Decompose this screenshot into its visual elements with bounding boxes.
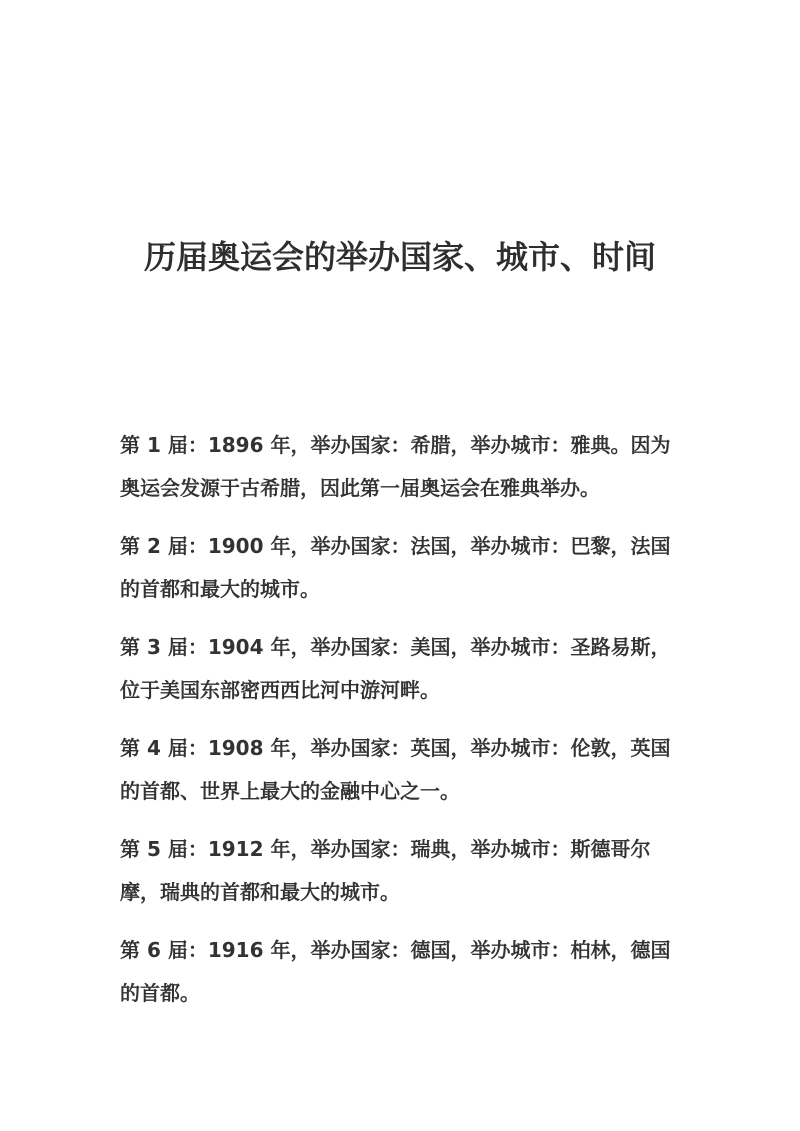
entry-olympics-1: 第 1 届：1896 年，举办国家：希腊，举办城市：雅典。因为奥运会发源于古希腊… [120, 424, 690, 510]
entry-olympics-4: 第 4 届：1908 年，举办国家：英国，举办城市：伦敦，英国的首都、世界上最大… [120, 727, 690, 813]
entry-olympics-6: 第 6 届：1916 年，举办国家：德国，举办城市：柏林，德国的首都。 [120, 929, 690, 1015]
document-page: 历届奥运会的举办国家、城市、时间 第 1 届：1896 年，举办国家：希腊，举办… [0, 0, 800, 1131]
entry-olympics-5: 第 5 届：1912 年，举办国家：瑞典，举办城市：斯德哥尔摩，瑞典的首都和最大… [120, 828, 690, 914]
olympics-entry-list: 第 1 届：1896 年，举办国家：希腊，举办城市：雅典。因为奥运会发源于古希腊… [120, 424, 690, 1030]
document-title: 历届奥运会的举办国家、城市、时间 [0, 232, 800, 282]
entry-olympics-2: 第 2 届：1900 年，举办国家：法国，举办城市：巴黎，法国的首都和最大的城市… [120, 525, 690, 611]
entry-olympics-3: 第 3 届：1904 年，举办国家：美国，举办城市：圣路易斯，位于美国东部密西西… [120, 626, 690, 712]
